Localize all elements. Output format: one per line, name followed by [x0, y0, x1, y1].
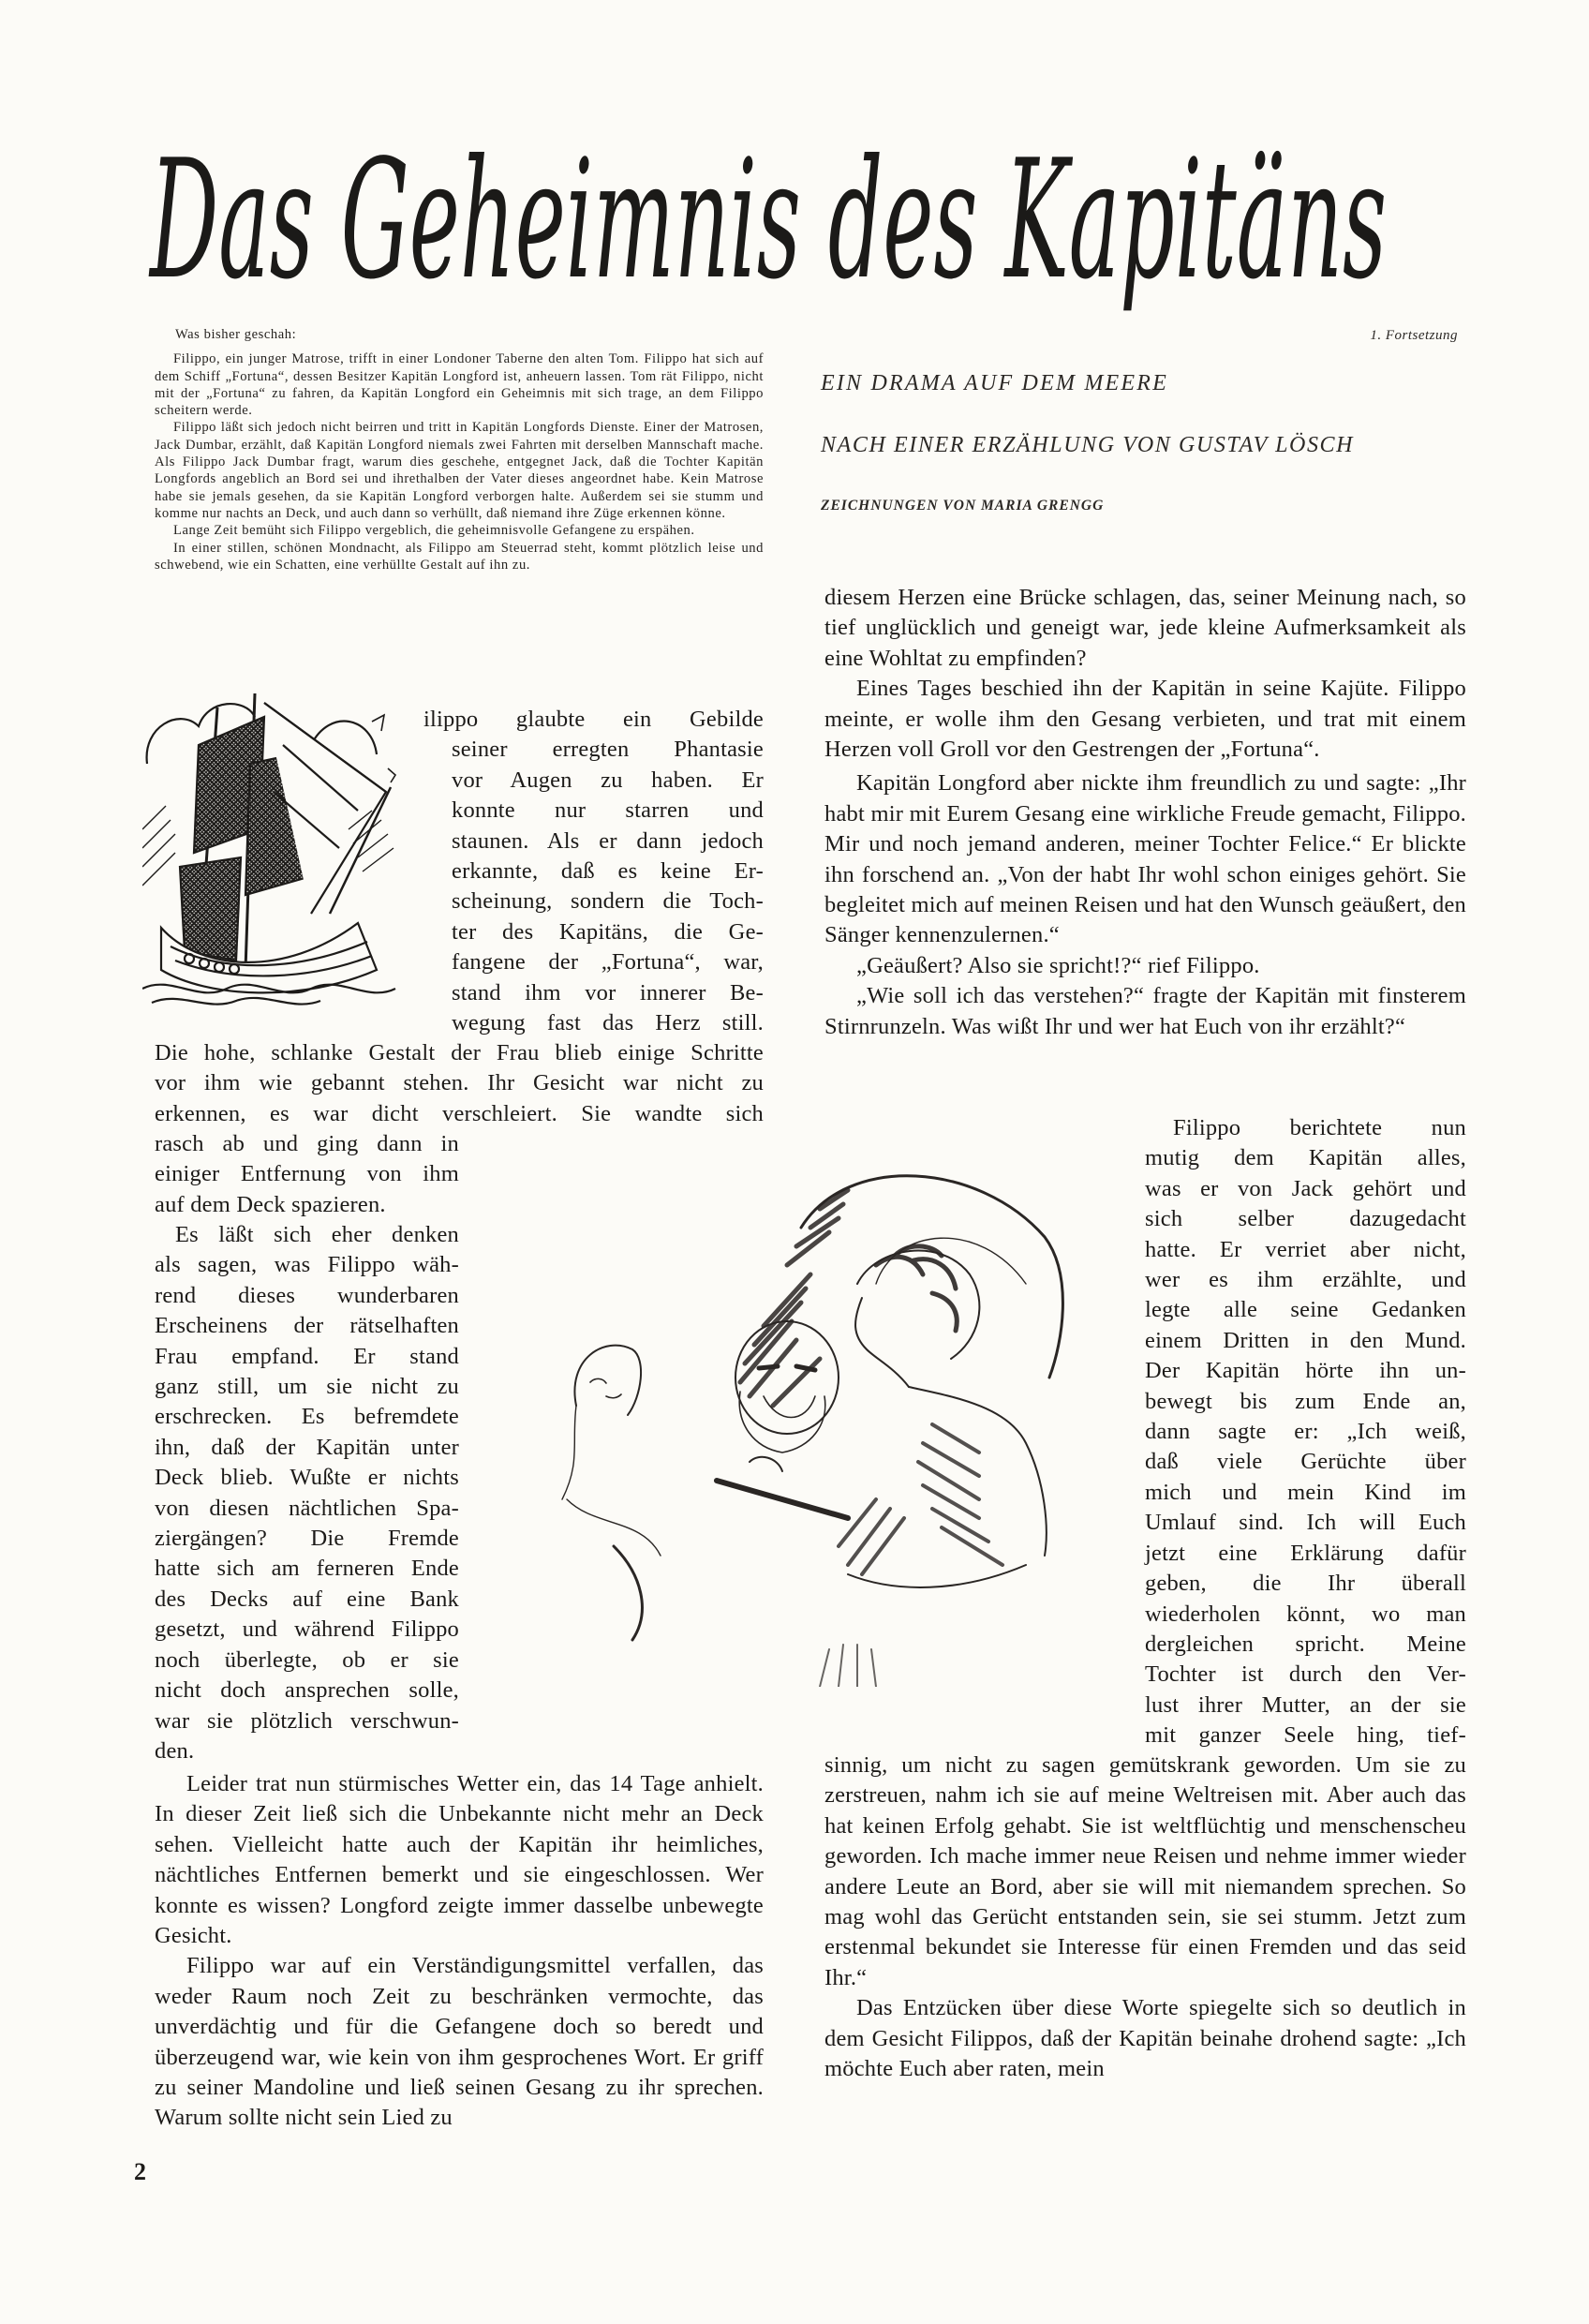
text-line: legte alle seine Gedanken [1145, 1295, 1466, 1325]
text-line: Umlauf sind. Ich will Euch [1145, 1508, 1466, 1538]
text-line: gesetzt, und während Filippo [155, 1615, 459, 1645]
paragraph-speaks: „Geäußert? Also sie spricht!?“ rief Fili… [824, 951, 1466, 981]
text-line: stand ihm vor innerer Be- [423, 978, 764, 1008]
right-column-bottom: sinnig, um nicht zu sagen gemütskrank ge… [824, 1750, 1466, 2084]
text-line: mit ganzer Seele hing, tief- [1145, 1721, 1466, 1750]
installment-label: 1. Fortsetzung [1370, 328, 1458, 344]
page-number: 2 [134, 2158, 146, 2186]
left-column-intro: ilippo glaubte ein Gebilde seiner erregt… [423, 705, 764, 1038]
text-line: hatte sich am ferneren Ende [155, 1554, 459, 1584]
text-line: daß viele Gerüchte über [1145, 1447, 1466, 1477]
text-line: Tochter ist durch den Ver- [1145, 1660, 1466, 1690]
text-line: bewegt bis zum Ende an, [1145, 1387, 1466, 1417]
subtitle-drama: EIN DRAMA AUF DEM MEERE [821, 371, 1168, 396]
text-line: jetzt eine Erklärung dafür [1145, 1539, 1466, 1569]
recap-box: Was bisher geschah: Filippo, ein junger … [155, 326, 764, 574]
recap-heading: Was bisher geschah: [155, 326, 764, 343]
paragraph-explain: sinnig, um nicht zu sagen gemütskrank ge… [824, 1750, 1466, 1993]
text-line: des Decks auf eine Bank [155, 1585, 459, 1615]
left-column-narrow-3: Es läßt sich eher denken als sagen, was … [155, 1220, 459, 1766]
text-line: dann sagte er: „Ich weiß, [1145, 1417, 1466, 1447]
paragraph-cabin: Eines Tages beschied ihn der Kapitän in … [824, 674, 1466, 765]
text-line: dergleichen spricht. Meine [1145, 1630, 1466, 1660]
recap-paragraph: In einer stillen, schönen Mondnacht, als… [155, 540, 764, 574]
right-column-top: diesem Herzen eine Brücke schlagen, das,… [824, 583, 1466, 1042]
text-line: Deck blieb. Wußte er nichts [155, 1463, 459, 1493]
text-line: von diesen nächtlichen Spa- [155, 1494, 459, 1524]
text-line: Der Kapitän hörte ihn un- [1145, 1356, 1466, 1386]
text-line: einiger Entfernung von ihm [155, 1159, 459, 1189]
text-line: ziergängen? Die Fremde [155, 1524, 459, 1554]
recap-paragraph: Lange Zeit bemüht sich Filippo vergeblic… [155, 522, 764, 539]
text-line: rend dieses wunderbaren [155, 1281, 459, 1311]
text-line: Die hohe, schlanke Gestalt der Frau blie… [155, 1038, 764, 1068]
text-line: wer es ihm erzählte, und [1145, 1265, 1466, 1295]
text-line: Filippo berichtete nun [1145, 1113, 1466, 1143]
text-line: einem Dritten in den Mund. [1145, 1326, 1466, 1356]
text-line: hatte. Er verriet aber nicht, [1145, 1235, 1466, 1265]
text-line: mutig dem Kapitän alles, [1145, 1143, 1466, 1173]
text-line: geben, die Ihr überall [1145, 1569, 1466, 1599]
right-column-narrow: Filippo berichtete nun mutig dem Kapitän… [1145, 1113, 1466, 1751]
recap-paragraph: Filippo läßt sich jedoch nicht beirren u… [155, 419, 764, 522]
recap-paragraph: Filippo, ein junger Matrose, trifft in e… [155, 350, 764, 419]
paragraph-storm: Leider trat nun stürmisches Wetter ein, … [155, 1769, 764, 1951]
text-line: war sie plötzlich verschwun- [155, 1706, 459, 1736]
paragraph-mandolin: Filippo war auf ein Verständigungsmittel… [155, 1951, 764, 2133]
captain-sketch-icon [539, 1125, 1129, 1687]
text-line: auf dem Deck spazieren. [155, 1190, 459, 1220]
text-line: ter des Kapitäns, die Ge- [423, 917, 764, 947]
text-line: erkannte, daß es keine Er- [423, 857, 764, 886]
text-line: mich und mein Kind im [1145, 1478, 1466, 1508]
left-column-narrow-2: rasch ab und ging dann in einiger Entfer… [155, 1129, 459, 1220]
text-line: Erscheinens der rätselhaften [155, 1311, 459, 1341]
paragraph-nod: Kapitän Longford aber nickte ihm freundl… [824, 768, 1466, 950]
text-line: vor ihm wie gebannt stehen. Ihr Gesicht … [155, 1068, 764, 1098]
left-column-wide-2: Leider trat nun stürmisches Wetter ein, … [155, 1769, 764, 2134]
text-line: Es läßt sich eher denken [155, 1220, 459, 1250]
text-line: den. [155, 1736, 459, 1766]
text-line: fangene der „Fortuna“, war, [423, 947, 764, 977]
article-title-text: Das Geheimnis des Kapitäns [148, 126, 1387, 316]
text-line: erschrecken. Es befremdete [155, 1402, 459, 1432]
text-line: lust ihrer Mutter, an der sie [1145, 1691, 1466, 1721]
text-line: Frau empfand. Er stand [155, 1342, 459, 1372]
subtitle-author: NACH EINER ERZÄHLUNG VON GUSTAV LÖSCH [821, 433, 1354, 458]
text-line: ganz still, um sie nicht zu [155, 1372, 459, 1402]
text-line: nicht doch ansprechen solle, [155, 1676, 459, 1706]
text-line: wiederholen könnt, wo man [1145, 1600, 1466, 1630]
text-line: noch überlegte, ob er sie [155, 1646, 459, 1676]
illustrator-credit: ZEICHNUNGEN VON MARIA GRENGG [821, 498, 1104, 514]
text-line: staunen. Als er dann jedoch [423, 827, 764, 857]
paragraph-delight: Das Entzücken über diese Worte spiegelte… [824, 1993, 1466, 2084]
ship-dropcap-icon [142, 689, 423, 1012]
paragraph-question: „Wie soll ich das verstehen?“ fragte der… [824, 981, 1466, 1042]
left-column-wide-1: Die hohe, schlanke Gestalt der Frau blie… [155, 1038, 764, 1129]
text-line: ihn, daß der Kapitän unter [155, 1433, 459, 1463]
text-line: sich selber dazugedacht [1145, 1204, 1466, 1234]
text-line: vor Augen zu haben. Er [423, 766, 764, 796]
text-line: konnte nur starren und [423, 796, 764, 826]
text-line: als sagen, was Filippo wäh- [155, 1250, 459, 1280]
text-line: rasch ab und ging dann in [155, 1129, 459, 1159]
text-line: was er von Jack gehört und [1145, 1174, 1466, 1204]
text-line: scheinung, sondern die Toch- [423, 886, 764, 916]
text-line: wegung fast das Herz still. [423, 1008, 764, 1038]
article-title: Das Geheimnis des Kapitäns [141, 103, 1405, 319]
text-line: ilippo glaubte ein Gebilde [423, 705, 764, 735]
paragraph-cont: diesem Herzen eine Brücke schlagen, das,… [824, 583, 1466, 674]
text-line: seiner erregten Phantasie [423, 735, 764, 765]
